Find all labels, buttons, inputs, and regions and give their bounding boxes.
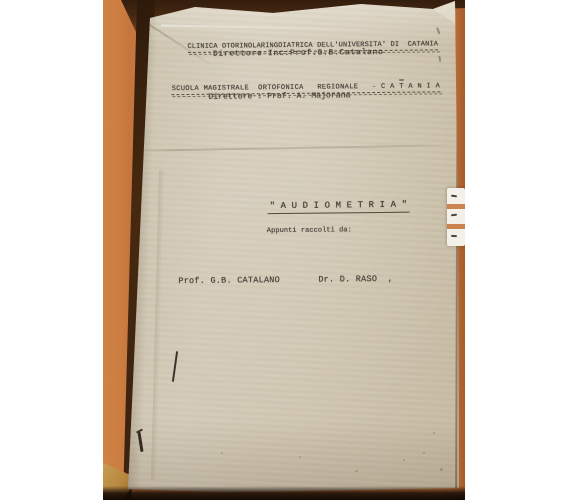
table-shadow-bottom bbox=[103, 486, 465, 500]
school-director-line: Direttore : Prof. A. Majorana bbox=[208, 92, 350, 101]
sticker-band bbox=[447, 224, 465, 229]
notes-subtitle: Appunti raccolti da: bbox=[267, 227, 352, 235]
author-name-raso: Dr. D. RASO , bbox=[318, 275, 393, 284]
sticker-band bbox=[447, 204, 465, 209]
photo-of-document: CLINICA OTORINOLARINGOIATRICA DELL'UNIVE… bbox=[103, 0, 465, 500]
author-name-catalano: Prof. G.B. CATALANO bbox=[178, 276, 280, 286]
sticker-glyph bbox=[451, 214, 457, 217]
sticker-glyph bbox=[451, 195, 457, 198]
document-title-text: " A U D I O M E T R I A " bbox=[268, 201, 410, 214]
edge-label-sticker bbox=[447, 188, 465, 246]
paper-cover: CLINICA OTORINOLARINGOIATRICA DELL'UNIVE… bbox=[103, 0, 465, 500]
document-title: " A U D I O M E T R I A " bbox=[223, 192, 409, 224]
typed-text-layer: CLINICA OTORINOLARINGOIATRICA DELL'UNIVE… bbox=[103, 0, 465, 500]
sticker-glyph bbox=[451, 235, 457, 238]
